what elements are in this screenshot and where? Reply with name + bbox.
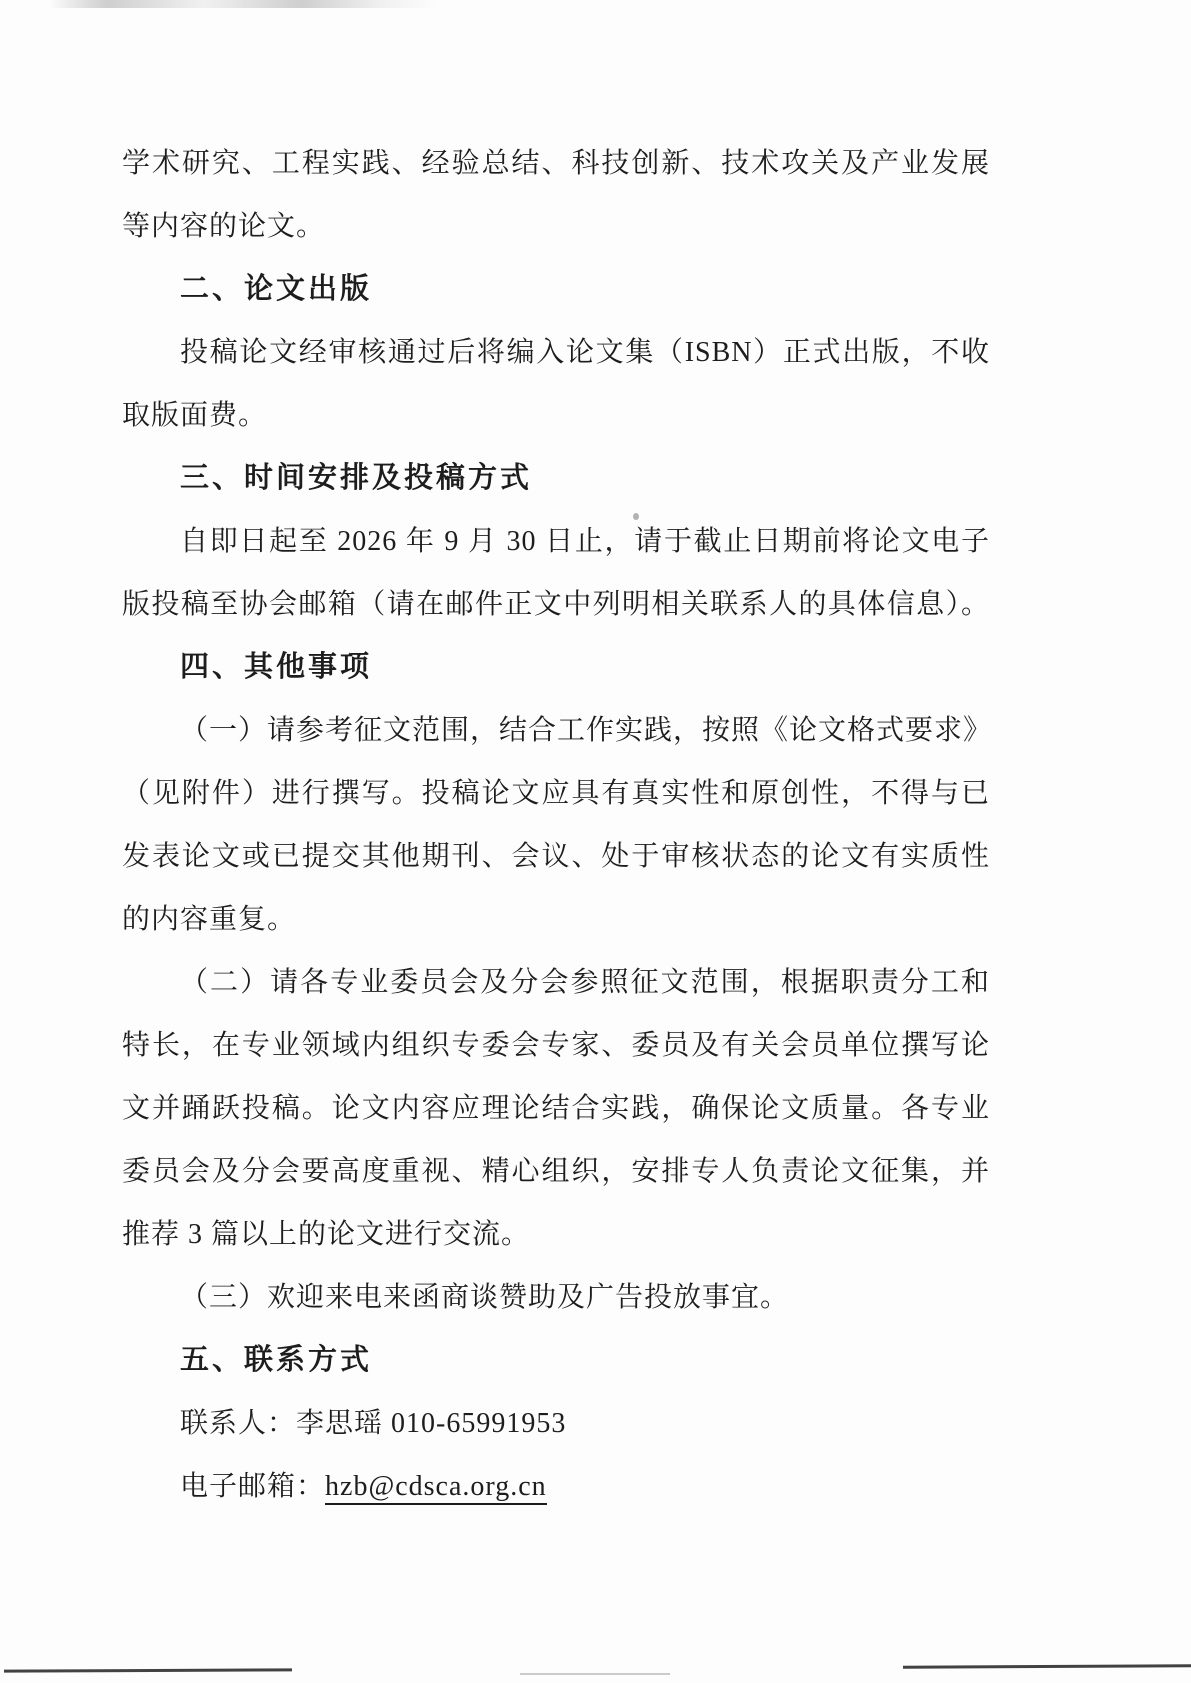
text-line: 委员会及分会要高度重视、精心组织，安排专人负责论文征集，并	[122, 1140, 990, 1203]
scanned-document-page: 学术研究、工程实践、经验总结、科技创新、技术攻关及产业发展等内容的论文。二、论文…	[0, 0, 1191, 1683]
section-heading: 四、其他事项	[122, 636, 990, 699]
email-link: hzb@cdsca.org.cn	[325, 1471, 547, 1505]
text-line: 特长，在专业领域内组织专委会专家、委员及有关会员单位撰写论	[122, 1014, 990, 1077]
text-line: （一）请参考征文范围，结合工作实践，按照《论文格式要求》	[122, 699, 990, 762]
scan-line-bottom-right	[903, 1664, 1191, 1669]
text-line: （三）欢迎来电来函商谈赞助及广告投放事宜。	[122, 1266, 990, 1329]
scan-line-bottom-left	[4, 1668, 292, 1672]
text-line: 投稿论文经审核通过后将编入论文集（ISBN）正式出版，不收	[122, 321, 990, 384]
text-line: 取版面费。	[122, 384, 990, 447]
text-line: （见附件）进行撰写。投稿论文应具有真实性和原创性，不得与已	[122, 762, 990, 825]
scan-line-bottom-middle	[520, 1673, 670, 1675]
text-line: 发表论文或已提交其他期刊、会议、处于审核状态的论文有实质性	[122, 825, 990, 888]
section-heading: 五、联系方式	[122, 1329, 990, 1392]
email-contact-line: 电子邮箱：hzb@cdsca.org.cn	[122, 1455, 990, 1518]
text-line: 的内容重复。	[122, 888, 990, 951]
text-line: 推荐 3 篇以上的论文进行交流。	[122, 1203, 990, 1266]
text-line: 学术研究、工程实践、经验总结、科技创新、技术攻关及产业发展	[122, 132, 990, 195]
section-heading: 三、时间安排及投稿方式	[122, 447, 990, 510]
contact-line: 联系人：李思瑶 010-65991953	[122, 1392, 990, 1455]
text-line: 版投稿至协会邮箱（请在邮件正文中列明相关联系人的具体信息）。	[122, 573, 990, 636]
scan-smudge-top	[48, 0, 438, 8]
text-line: 自即日起至 2026 年 9 月 30 日止，请于截止日期前将论文电子	[122, 510, 990, 573]
email-label: 电子邮箱：	[180, 1471, 325, 1502]
section-heading: 二、论文出版	[122, 258, 990, 321]
text-line: （二）请各专业委员会及分会参照征文范围，根据职责分工和	[122, 951, 990, 1014]
text-line: 等内容的论文。	[122, 195, 990, 258]
text-line: 文并踊跃投稿。论文内容应理论结合实践，确保论文质量。各专业	[122, 1077, 990, 1140]
document-text: 学术研究、工程实践、经验总结、科技创新、技术攻关及产业发展等内容的论文。二、论文…	[122, 132, 990, 1518]
